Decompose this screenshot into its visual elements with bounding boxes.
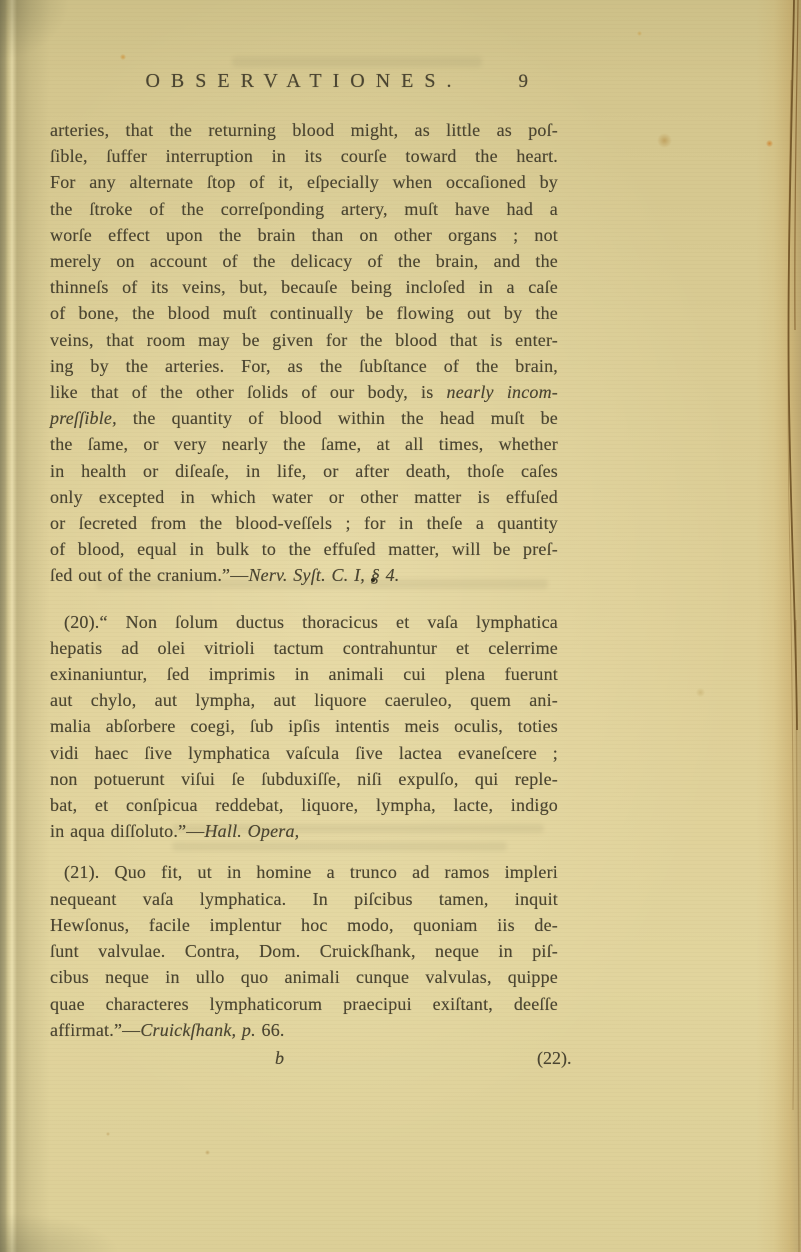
text-segment: ing by the arteries. For, as the ſubſtan… (50, 356, 558, 376)
signature-mark: b (275, 1048, 284, 1069)
text-segment: bat, et conſpicua reddebat, liquore, lym… (50, 795, 558, 815)
page-fore-edge (756, 0, 801, 1252)
text-line: in aqua diſſoluto.”—Hall. Opera, (50, 818, 558, 844)
text-segment: like that of the other ſolids of our bod… (50, 382, 447, 402)
text-line: preſſible, the quantity of blood within … (50, 405, 558, 431)
text-segment: in aqua diſſoluto.”— (50, 821, 204, 841)
text-segment: ſible, ſuffer interruption in its courſe… (50, 146, 558, 166)
text-line: quae characteres lymphaticorum praecipui… (50, 991, 558, 1017)
text-segment: non potuerunt viſui ſe ſubduxiſſe, niſi … (50, 769, 558, 789)
text-segment: merely on account of the delicacy of the… (50, 251, 558, 271)
text-line: For any alternate ſtop of it, eſpecially… (50, 169, 558, 195)
fore-edge-fibers (756, 0, 801, 1252)
text-segment: ſunt valvulae. Contra, Dom. Cruickſhank,… (50, 941, 558, 961)
text-line: in health or diſeaſe, in life, or after … (50, 458, 558, 484)
show-through-text (232, 56, 482, 67)
text-line: ſible, ſuffer interruption in its courſe… (50, 143, 558, 169)
text-segment: quae characteres lymphaticorum praecipui… (50, 994, 558, 1014)
text-line: (20).“ Non ſolum ductus thoracicus et va… (50, 609, 558, 635)
text-segment: affirmat.”— (50, 1020, 140, 1040)
text-segment: vidi haec ſive lymphatica vaſcula ſive l… (50, 743, 558, 763)
text-line: veins, that room may be given for the bl… (50, 327, 558, 353)
running-header: OBSERVATIONES. 9 (50, 70, 558, 96)
italic-text-segment: Nerv. Syſt. C. I, § 4. (248, 565, 399, 585)
text-segment: arteries, that the returning blood might… (50, 120, 558, 140)
footer: b (22). (50, 1048, 590, 1074)
text-segment: hepatis ad olei vitrioli tactum contrahu… (50, 638, 558, 658)
text-segment: 66. (256, 1020, 285, 1040)
foxing-spot (657, 133, 672, 148)
catchword: (22). (537, 1048, 572, 1069)
text-segment: (20).“ Non ſolum ductus thoracicus et va… (64, 612, 558, 632)
italic-text-segment: Hall. Opera, (204, 821, 299, 841)
text-line: arteries, that the returning blood might… (50, 117, 558, 143)
text-line: thinneſs of its veins, but, becauſe bein… (50, 274, 558, 300)
text-segment: only excepted in which water or other ma… (50, 487, 558, 507)
text-line: merely on account of the delicacy of the… (50, 248, 558, 274)
text-line: (21). Quo fit, ut in homine a trunco ad … (50, 859, 558, 885)
paragraph: (21). Quo fit, ut in homine a trunco ad … (50, 859, 558, 1042)
text-segment: nequeant vaſa lymphatica. In piſcibus ta… (50, 889, 558, 909)
text-line: of bone, the blood muſt continually be f… (50, 300, 558, 326)
text-line: Hewſonus, facile implentur hoc modo, quo… (50, 912, 558, 938)
italic-text-segment: Cruickſhank, p. (140, 1020, 255, 1040)
text-line: of blood, equal in bulk to the effuſed m… (50, 536, 558, 562)
text-line: only excepted in which water or other ma… (50, 484, 558, 510)
corner-shadow (0, 1212, 120, 1252)
text-line: affirmat.”—Cruickſhank, p. 66. (50, 1017, 558, 1043)
text-segment: (21). Quo fit, ut in homine a trunco ad … (64, 862, 558, 882)
text-segment: the ſtroke of the correſponding artery, … (50, 199, 558, 219)
text-segment: cibus neque in ullo quo animali cunque v… (50, 967, 558, 987)
page-number: 9 (519, 71, 529, 93)
text-line: hepatis ad olei vitrioli tactum contrahu… (50, 635, 558, 661)
foxing-spot (106, 1132, 110, 1136)
text-segment: aut chylo, aut lympha, aut liquore caeru… (50, 690, 558, 710)
text-line: nequeant vaſa lymphatica. In piſcibus ta… (50, 886, 558, 912)
text-segment: thinneſs of its veins, but, becauſe bein… (50, 277, 558, 297)
paragraph: (20).“ Non ſolum ductus thoracicus et va… (50, 609, 558, 845)
text-segment: worſe effect upon the brain than on othe… (50, 225, 558, 245)
corner-shadow (0, 0, 70, 60)
text-line: non potuerunt viſui ſe ſubduxiſſe, niſi … (50, 766, 558, 792)
text-segment: malia abſorbere coegi, ſub ipſis intenti… (50, 716, 558, 736)
text-line: the ſame, or very nearly the ſame, at al… (50, 431, 558, 457)
text-segment: or ſecreted from the blood-veſſels ; for… (50, 513, 558, 533)
foxing-spot (120, 54, 126, 60)
text-line: exinaniuntur, ſed imprimis in animali cu… (50, 661, 558, 687)
text-segment: of bone, the blood muſt continually be f… (50, 303, 558, 323)
text-line: aut chylo, aut lympha, aut liquore caeru… (50, 687, 558, 713)
italic-text-segment: nearly incom- (447, 382, 558, 402)
text-line: malia abſorbere coegi, ſub ipſis intenti… (50, 713, 558, 739)
text-line: cibus neque in ullo quo animali cunque v… (50, 964, 558, 990)
italic-text-segment: preſſible, (50, 408, 117, 428)
paragraph: arteries, that the returning blood might… (50, 117, 558, 589)
text-line: the ſtroke of the correſponding artery, … (50, 196, 558, 222)
text-line: like that of the other ſolids of our bod… (50, 379, 558, 405)
text-line: ing by the arteries. For, as the ſubſtan… (50, 353, 558, 379)
text-line: vidi haec ſive lymphatica vaſcula ſive l… (50, 740, 558, 766)
text-line: ſed out of the cranium.”—Nerv. Syſt. C. … (50, 562, 558, 588)
text-line: ſunt valvulae. Contra, Dom. Cruickſhank,… (50, 938, 558, 964)
text-segment: veins, that room may be given for the bl… (50, 330, 558, 350)
foxing-spot (696, 688, 705, 697)
body-text: arteries, that the returning blood might… (50, 117, 558, 1043)
book-page: OBSERVATIONES. 9 arteries, that the retu… (0, 0, 801, 1252)
text-segment: of blood, equal in bulk to the effuſed m… (50, 539, 558, 559)
text-segment: the ſame, or very nearly the ſame, at al… (50, 434, 558, 454)
text-segment: For any alternate ſtop of it, eſpecially… (50, 172, 558, 192)
text-segment: Hewſonus, facile implentur hoc modo, quo… (50, 915, 558, 935)
foxing-spot (205, 1150, 210, 1155)
foxing-spot (637, 31, 642, 36)
text-segment: ſed out of the cranium.”— (50, 565, 248, 585)
page-title: OBSERVATIONES. (145, 70, 462, 92)
text-segment: the quantity of blood within the head mu… (117, 408, 558, 428)
text-segment: exinaniuntur, ſed imprimis in animali cu… (50, 664, 558, 684)
text-line: worſe effect upon the brain than on othe… (50, 222, 558, 248)
text-segment: in health or diſeaſe, in life, or after … (50, 461, 558, 481)
text-line: bat, et conſpicua reddebat, liquore, lym… (50, 792, 558, 818)
binding-gutter-shadow (0, 0, 50, 1252)
text-line: or ſecreted from the blood-veſſels ; for… (50, 510, 558, 536)
